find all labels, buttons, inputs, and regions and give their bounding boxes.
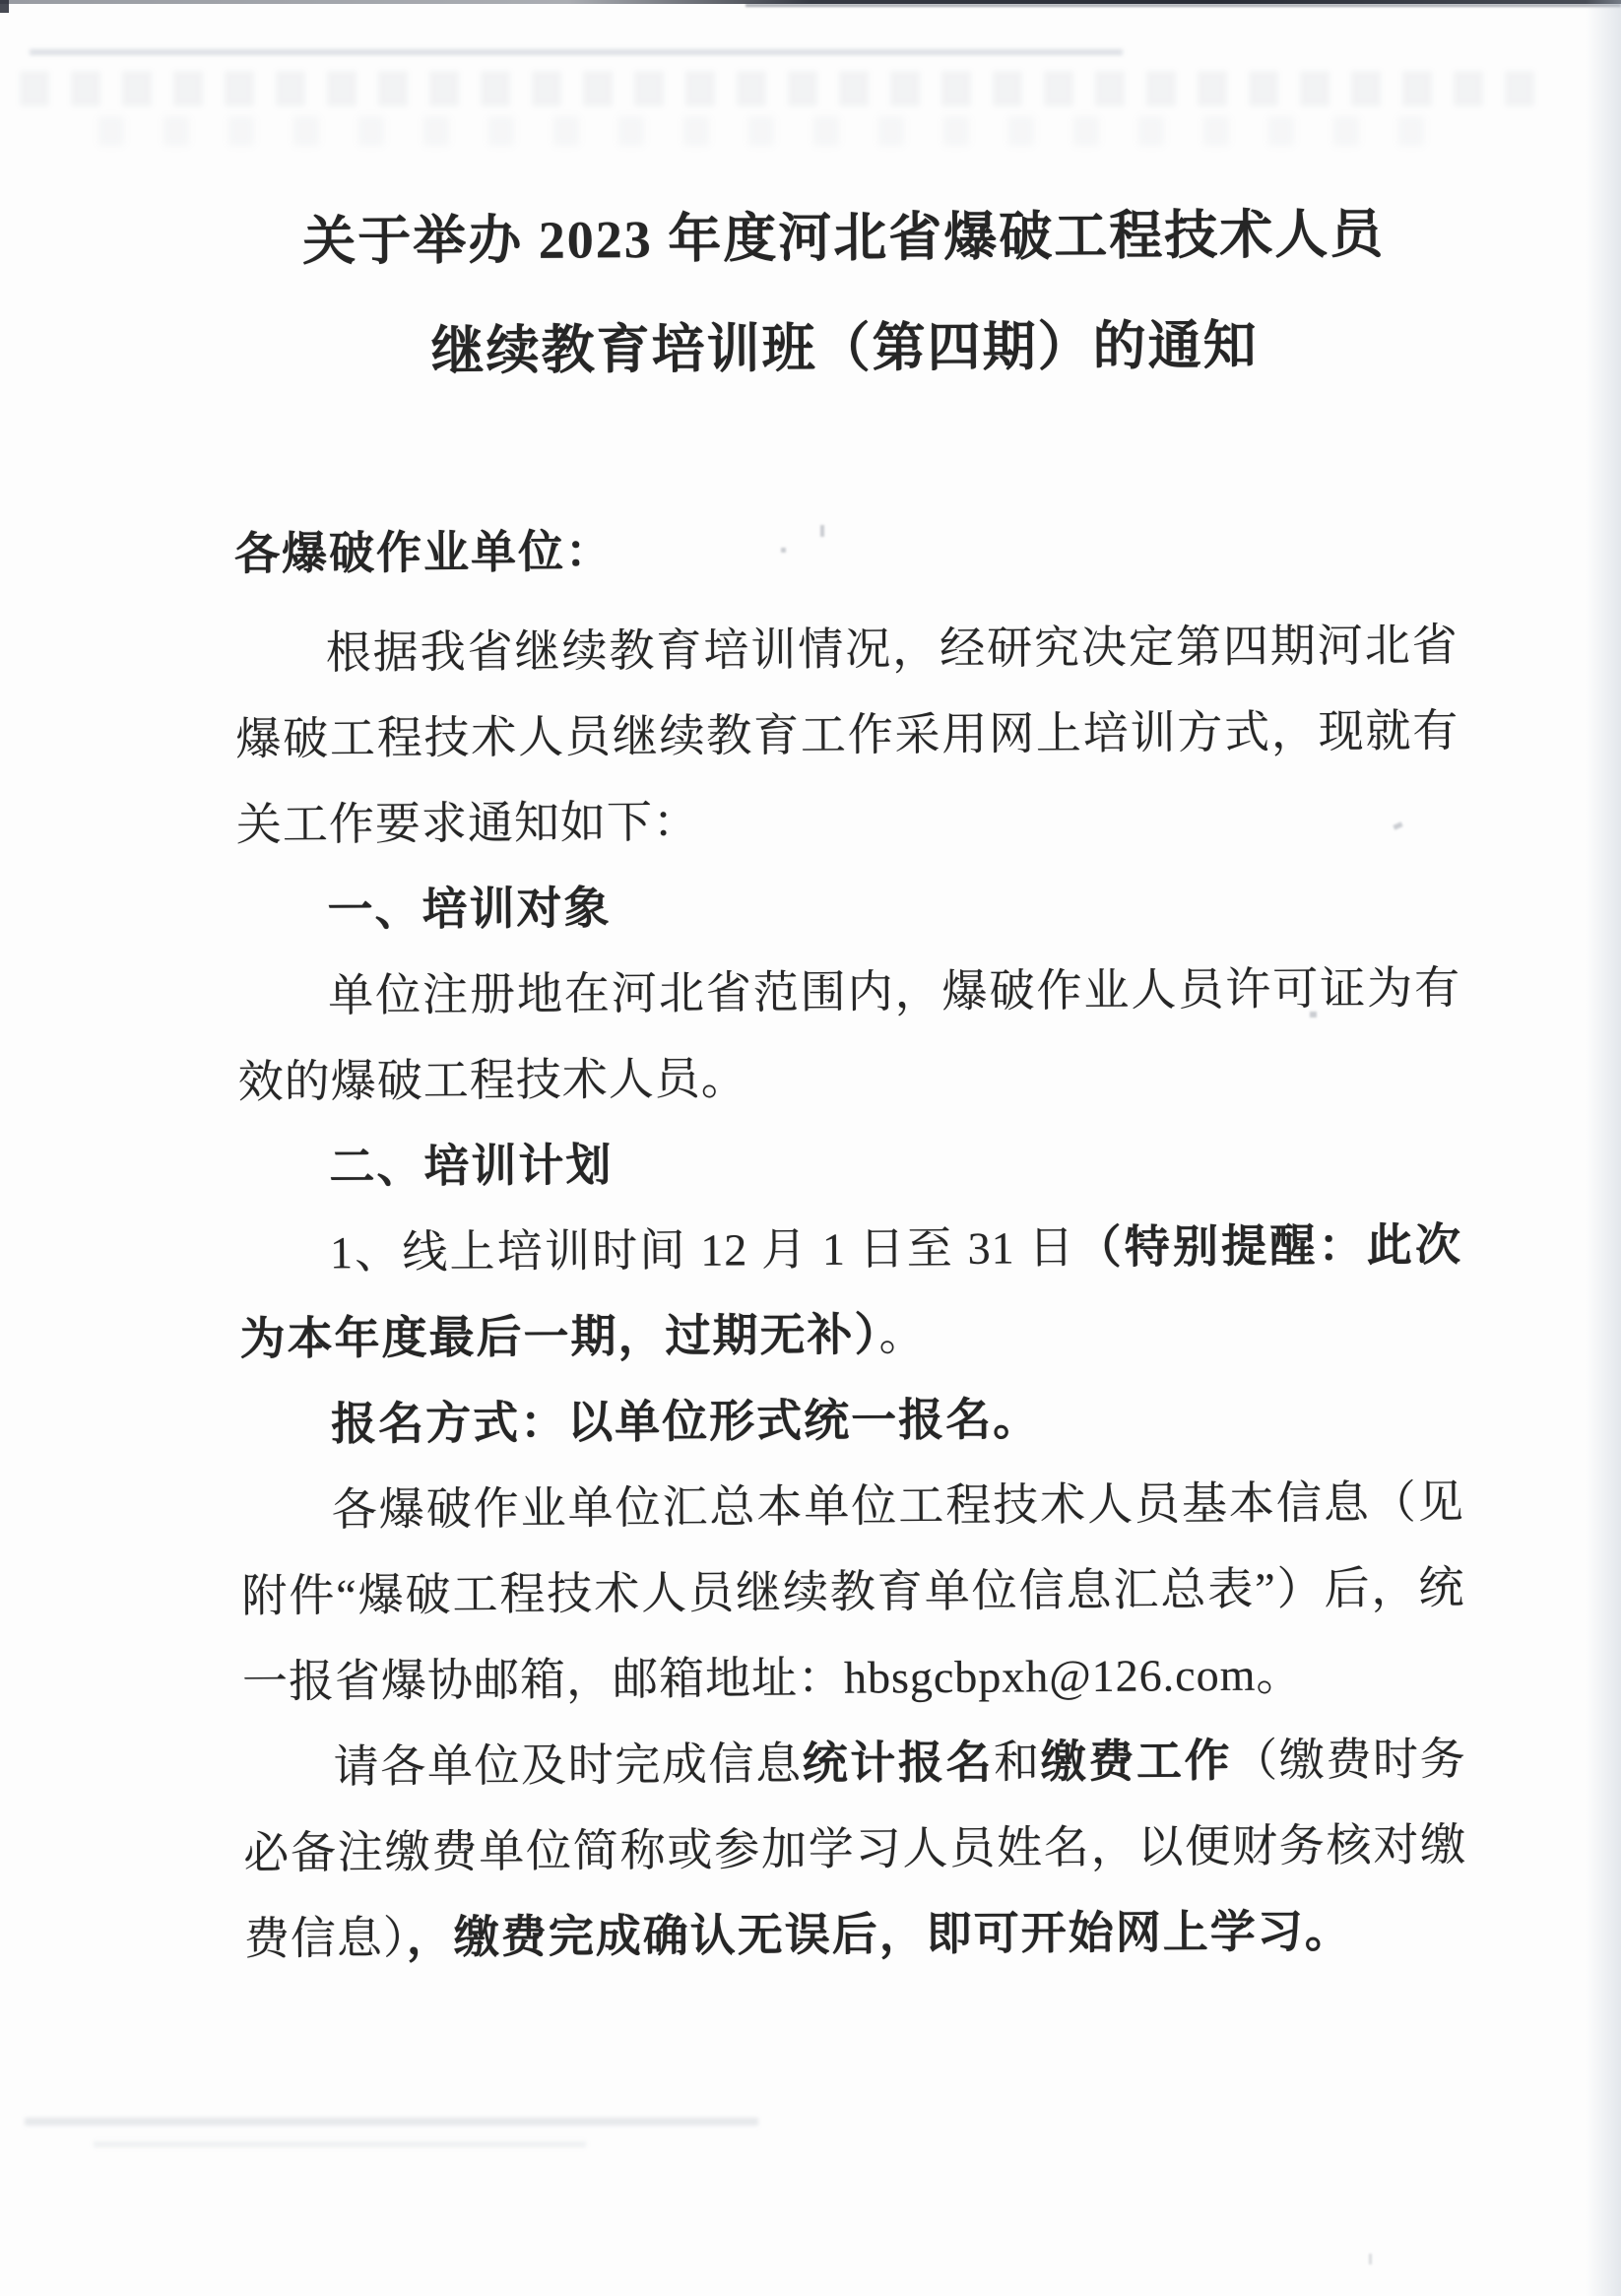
body-text: 1、线上培训时间 12 月 1 日至 31 日 <box>330 1222 1076 1278</box>
body-text: 和 <box>994 1737 1041 1787</box>
document-body: 关于举办 2023 年度河北省爆破工程技术人员 继续教育培训班（第四期）的通知 … <box>0 0 1621 1984</box>
paragraph: 报名方式：以单位形式统一报名。 <box>240 1373 1464 1468</box>
paragraph: 请各单位及时完成信息统计报名和缴费工作（缴费时务必备注缴费单位简称或参加学习人员… <box>242 1716 1467 1982</box>
paragraphs-container: 根据我省继续教育培训情况，经研究决定第四期河北省爆破工程技术人员继续教育工作采用… <box>234 602 1467 1982</box>
paragraph: 单位注册地在河北省范围内，爆破作业人员许可证为有效的爆破工程技术人员。 <box>237 945 1461 1125</box>
salutation: 各爆破作业单位： <box>234 501 1459 597</box>
emphasis-text: 统计报名 <box>803 1737 995 1789</box>
document-title-line-2: 继续教育培训班（第四期）的通知 <box>232 289 1457 408</box>
body-text: 请各单位及时完成信息 <box>333 1738 802 1792</box>
section-heading: 二、培训计划 <box>238 1116 1462 1211</box>
emphasis-text: 缴费工作 <box>1041 1735 1233 1787</box>
emphasis-text: ，缴费完成确认无误后，即可开始网上学习。 <box>407 1905 1352 1963</box>
body-text: 。 <box>878 1309 925 1359</box>
body-text: 各爆破作业单位汇总本单位工程技术人员基本信息（见附件“爆破工程技术人员继续教育单… <box>241 1476 1464 1707</box>
body-text: 根据我省继续教育培训情况，经研究决定第四期河北省爆破工程技术人员继续教育工作采用… <box>235 620 1459 850</box>
emphasis-text: 报名方式：以单位形式统一报名。 <box>331 1393 1040 1449</box>
scanned-document-page: 关于举办 2023 年度河北省爆破工程技术人员 继续教育培训班（第四期）的通知 … <box>0 0 1621 2296</box>
paragraph: 1、线上培训时间 12 月 1 日至 31 日（特别提醒：此次为本年度最后一期，… <box>239 1202 1463 1382</box>
emphasis-text: 一、培训对象 <box>327 882 611 935</box>
paragraph: 各爆破作业单位汇总本单位工程技术人员基本信息（见附件“爆破工程技术人员继续教育单… <box>240 1459 1465 1725</box>
scan-speck <box>1369 2254 1372 2264</box>
bleedthrough-ghost-line <box>94 2141 586 2147</box>
body-text: 单位注册地在河北省范围内，爆破作业人员许可证为有效的爆破工程技术人员。 <box>238 962 1461 1107</box>
document-title: 关于举办 2023 年度河北省爆破工程技术人员 继续教育培训班（第四期）的通知 <box>231 178 1457 408</box>
emphasis-text: 二、培训计划 <box>329 1139 613 1192</box>
paragraph: 根据我省继续教育培训情况，经研究决定第四期河北省爆破工程技术人员继续教育工作采用… <box>234 602 1459 868</box>
bleedthrough-ghost-line <box>25 2118 758 2126</box>
document-title-line-1: 关于举办 2023 年度河北省爆破工程技术人员 <box>231 178 1456 297</box>
section-heading: 一、培训对象 <box>236 859 1460 953</box>
